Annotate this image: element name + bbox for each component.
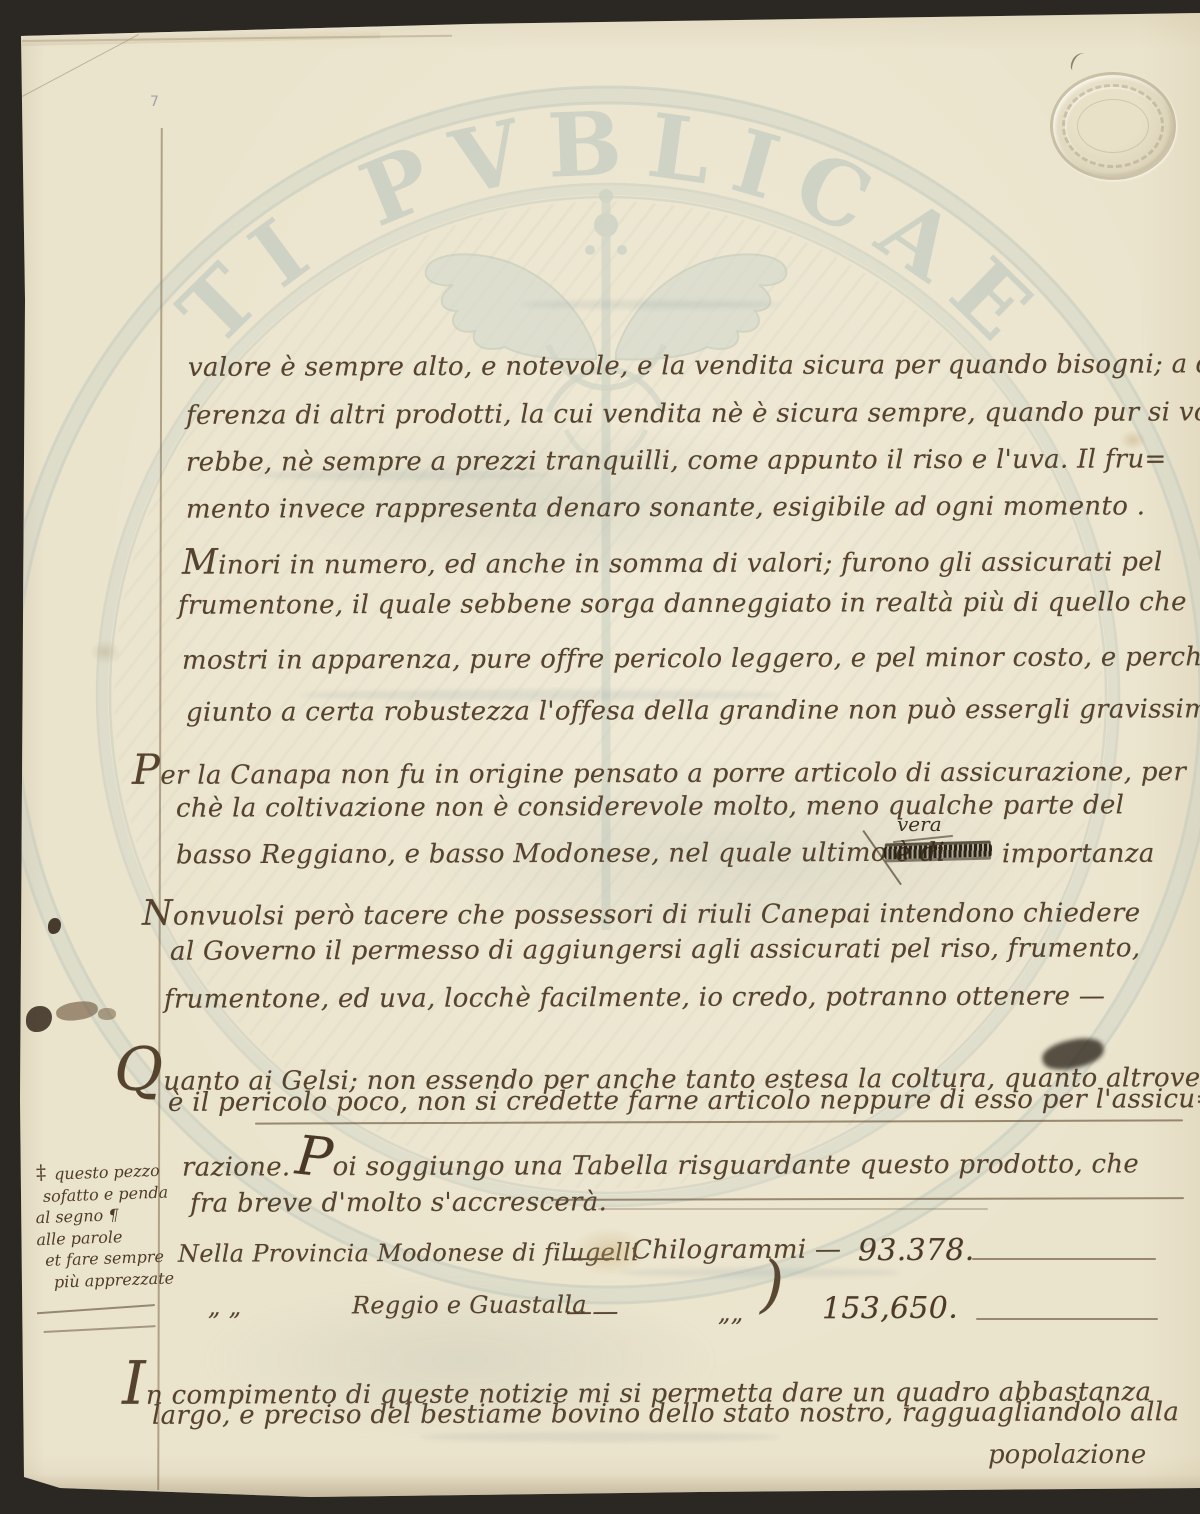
margin-note: ‡ questo pezzo sofatto e penda al segno … [28, 1160, 170, 1294]
manuscript-line: valore è sempre alto, e notevole, e la v… [188, 350, 1200, 382]
manuscript-line: mento invece rappresenta denaro sonante,… [186, 492, 1145, 524]
table-rule [972, 1258, 1156, 1260]
ink-smear [55, 999, 99, 1023]
interline-insertion: vera [897, 814, 942, 834]
manuscript-line: mostri in apparenza, pure offre pericolo… [182, 643, 1200, 675]
ink-blot [26, 1006, 52, 1032]
paper-sheet: TI PVBLICAE [0, 0, 1200, 1514]
foxing-stain [572, 1228, 646, 1276]
underline-rule [255, 1119, 1183, 1124]
trailing-rule-echo [598, 1208, 988, 1210]
stamp-center [1077, 99, 1149, 153]
table-rule [976, 1318, 1158, 1320]
margin-note-marker: ‡ [36, 1160, 47, 1184]
manuscript-line: Per la Canapa non fu in origine pensato … [132, 743, 1186, 792]
trailing-rule [552, 1197, 1184, 1201]
ink-squiggle-mark [1069, 50, 1089, 74]
paragraph-initial-capital: P [294, 1139, 334, 1175]
manuscript-line: Nonvuolsi però tacere che possessori di … [142, 891, 1141, 933]
paragraph-rest: oi soggiungo una Tabella risguardante qu… [333, 1149, 1140, 1182]
paragraph-pre: razione. [182, 1152, 291, 1182]
correction-text-after: importanza [1002, 840, 1155, 869]
correction-text-before: basso Reggiano, e basso Modonese, nel qu… [176, 838, 945, 871]
catchword: popolazione [988, 1442, 1146, 1468]
kilogram-value: 153,650. [822, 1292, 958, 1325]
margin-note-underline [44, 1325, 156, 1332]
manuscript-line: al Governo il permesso di aggiungersi ag… [170, 934, 1141, 966]
table-row-place: Reggio e Guastalla [352, 1292, 587, 1319]
manuscript-line: chè la coltivazione non è considerevole … [176, 791, 1124, 823]
margin-note-line: più apprezzate [54, 1268, 171, 1294]
manuscript-line: ferenza di altri prodotti, la cui vendit… [186, 398, 1200, 430]
top-left-fold [20, 16, 380, 46]
ink-blot [48, 918, 61, 934]
show-through-line [420, 1432, 780, 1442]
pencil-mark: 7 [150, 94, 159, 110]
table-row-dash: —— [566, 1298, 619, 1327]
manuscript-line: rebbe, nè sempre a prezzi tranquilli, co… [186, 445, 1167, 477]
bottom-edge-shadow [24, 1474, 1200, 1500]
manuscript-line-paragraph: razione. Poi soggiungo una Tabella risgu… [182, 1138, 1139, 1182]
foxing-stain [90, 640, 120, 664]
manuscript-line: fra breve d'molto s'accrescerà. [190, 1188, 607, 1218]
kilogram-value: 93.378. [858, 1234, 975, 1267]
manuscript-line: largo, e preciso del bestiame bovino del… [152, 1398, 1179, 1430]
ditto-marks-unit: „„ [718, 1300, 744, 1326]
watermark-rim-text: TI PVBLICAE [159, 91, 1056, 365]
ink-smear [98, 1008, 116, 1020]
scanned-manuscript-page: TI PVBLICAE [0, 0, 1200, 1514]
table-row-unit: Chilogrammi — [632, 1236, 841, 1265]
ditto-marks: „ „ [208, 1294, 241, 1321]
show-through-line [520, 300, 780, 309]
manuscript-line: Minori in numero, ed anche in somma di v… [182, 540, 1163, 582]
manuscript-line: frumentone, ed uva, locchè facilmente, i… [164, 982, 1105, 1014]
foxing-stain [1120, 430, 1146, 450]
ditto-paren: ) [760, 1268, 785, 1299]
manuscript-line: frumentone, il quale sebbene sorga danne… [178, 588, 1187, 620]
manuscript-line: giunto a certa robustezza l'offesa della… [186, 695, 1200, 727]
margin-note-underline [37, 1304, 155, 1314]
embossed-wreath-stamp-icon [1050, 72, 1176, 180]
margin-note-line: sofatto e penda [43, 1181, 168, 1207]
manuscript-line-with-correction: basso Reggiano, e basso Modonese, nel qu… [176, 839, 945, 870]
manuscript-line: è il pericolo poco, non si credette farn… [168, 1085, 1200, 1117]
